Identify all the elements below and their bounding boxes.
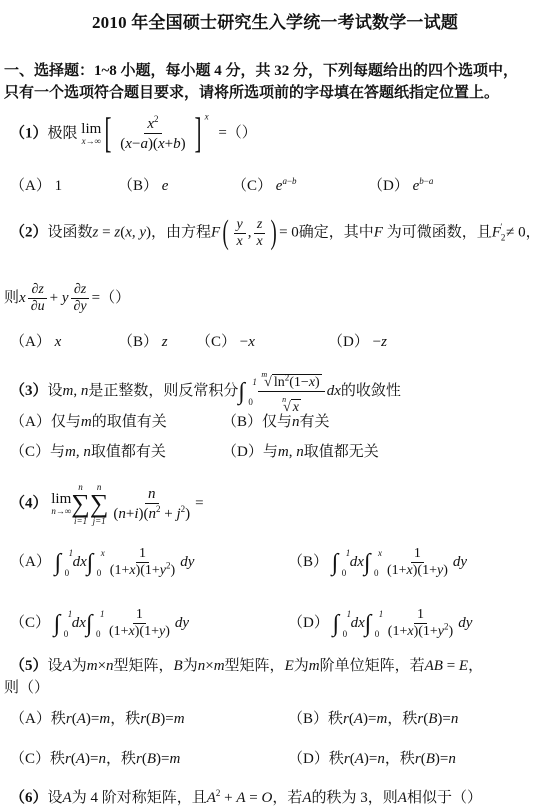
q3-option-c[interactable]: （C）与m, n取值都有关 (10, 440, 166, 461)
q1-option-b[interactable]: （B） e (118, 174, 168, 195)
q4-option-c[interactable]: （C） ∫10dx∫101(1+x)(1+y)dy (10, 607, 189, 640)
q1-option-a[interactable]: （A） 1 (10, 174, 62, 195)
question-number: （1） (10, 125, 48, 141)
section-header-line1: 一、选择题：1~8 小题，每小题 4 分，共 32 分，下列每题给出的四个选项中… (4, 60, 518, 82)
q3-option-a[interactable]: （A）仅与m的取值有关 (10, 410, 167, 431)
section-header-line2: 只有一个选项符合题目要求，请将所选项前的字母填在答题纸指定位置上。 (4, 82, 499, 104)
q1-option-d[interactable]: （D） eb−a (368, 174, 433, 195)
question-6: （6）设A为 4 阶对称矩阵，且A2 + A = O，若A的秩为 3，则A相似于… (10, 788, 482, 808)
q2-option-d[interactable]: （D） −z (328, 330, 387, 351)
q2-option-c[interactable]: （C） −x (196, 330, 255, 351)
q2-option-b[interactable]: （B） z (118, 330, 168, 351)
q5-option-d[interactable]: （D）秩r(A)=n，秩r(B)=n (288, 747, 456, 768)
document-title: 2010 年全国硕士研究生入学统一考试数学一试题 (0, 8, 550, 33)
limit-operator: limx→∞ (81, 122, 101, 146)
q5-option-a[interactable]: （A）秩r(A)=m，秩r(B)=m (10, 707, 185, 728)
q5-option-b[interactable]: （B）秩r(A)=m，秩r(B)=n (288, 707, 458, 728)
q1-option-c[interactable]: （C） ea−b (232, 174, 297, 195)
question-2-line2: 则x∂z∂u+ y∂z∂y=（） (4, 282, 130, 315)
question-5-line2: 则（） (4, 678, 49, 698)
q5-option-c[interactable]: （C）秩r(A)=n，秩r(B)=m (10, 747, 180, 768)
q2-option-a[interactable]: （A） x (10, 330, 61, 351)
question-text: 极限 (48, 125, 78, 141)
q4-option-b[interactable]: （B） ∫10dx∫x01(1+x)(1+y)dy (288, 546, 467, 579)
q4-option-d[interactable]: （D） ∫10dx∫101(1+x)(1+y2)dy (288, 607, 472, 640)
question-4: （4） limn→∞n∑i=1n∑j=1n(n+i)(n2 + j2)= (10, 482, 204, 526)
question-5: （5）设A为m×n型矩阵，B为n×m型矩阵，E为m阶单位矩阵，若AB = E， (10, 656, 483, 676)
q3-option-d[interactable]: （D）与m, n取值都无关 (222, 440, 379, 461)
question-1: （1）极限 limx→∞[x2(x−a)(x+b)]x =（） (10, 114, 257, 154)
question-2: （2）设函数z = z(x, y)，由方程F(yx,zx)= 0确定，其中F 为… (10, 216, 541, 250)
question-3: （3）设m, n是正整数，则反常积分∫10m√ln2(1−x)n√xdx的收敛性 (10, 367, 401, 416)
question-tail: =（） (218, 125, 256, 141)
q3-option-b[interactable]: （B）仅与n有关 (222, 410, 330, 431)
q4-option-a[interactable]: （A） ∫10dx∫x01(1+x)(1+y2)dy (10, 546, 194, 579)
